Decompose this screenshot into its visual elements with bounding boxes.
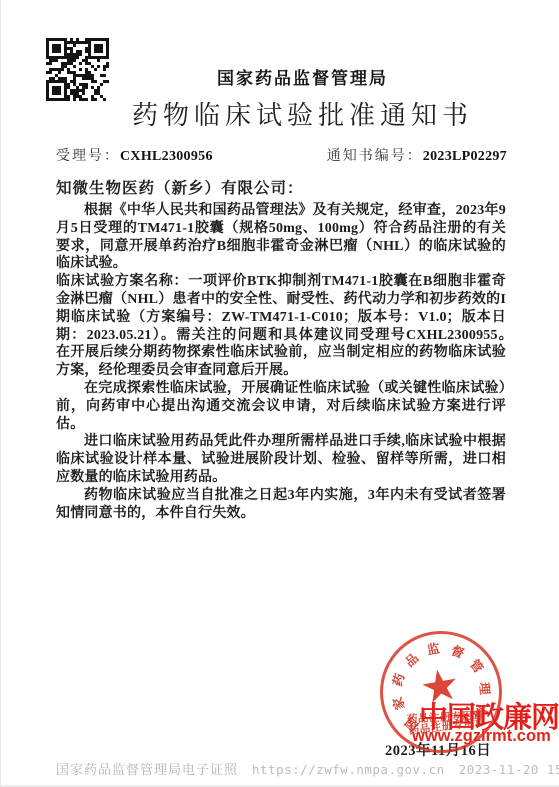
paragraph-validity: 药物临床试验应当自批准之日起3年内实施，3年内未有受试者签署知情同意书的，本件自… xyxy=(56,487,506,523)
document-sheet: 国家药品监督管理局 药物临床试验批准通知书 受理号：CXHL2300956 通知… xyxy=(0,0,559,787)
notice-number-label: 通知书编号： xyxy=(327,149,423,164)
paragraph-confirmatory-trial: 在完成探索性临床试验，开展确证性临床试验（或关键性临床试验）前，向药审中心提出沟… xyxy=(56,380,506,433)
paragraph-approval: 根据《中华人民共和国药品管理法》及有关规定，经审查，2023年9月5日受理的TM… xyxy=(56,202,506,273)
recipient-company: 知微生物医药（新乡）有限公司： xyxy=(56,176,506,198)
watermark-site-url: www.zgzlrmt.com xyxy=(412,727,551,746)
acceptance-number-value: CXHL2300956 xyxy=(120,149,213,164)
agency-name: 国家药品监督管理局 xyxy=(46,64,559,89)
reference-number-row: 受理号：CXHL2300956 通知书编号：2023LP02297 xyxy=(56,145,507,165)
footer-cert-name: 国家药品监督管理局电子证照 xyxy=(56,759,238,778)
document-title: 药物临床试验批准通知书 xyxy=(46,95,559,132)
footer-url: https://zwfw.nmpa.gov.cn xyxy=(252,762,445,777)
notice-number-value: 2023LP02297 xyxy=(423,149,507,164)
footer: 国家药品监督管理局电子证照 https://zwfw.nmpa.gov.cn 2… xyxy=(56,759,529,778)
notice-number: 通知书编号：2023LP02297 xyxy=(327,145,507,165)
footer-timestamp: 2023-11-20 15:24:40:040 xyxy=(459,762,559,777)
acceptance-number: 受理号：CXHL2300956 xyxy=(56,145,213,165)
paragraph-import: 进口临床试验用药品凭此件办理所需样品进口手续,临床试验中根据临床试验设计样本量、… xyxy=(56,433,506,486)
acceptance-number-label: 受理号： xyxy=(56,149,120,164)
notice-body: 根据《中华人民共和国药品管理法》及有关规定，经审查，2023年9月5日受理的TM… xyxy=(56,202,506,522)
paragraph-trial-protocol: 临床试验方案名称：一项评价BTK抑制剂TM471-1胶囊在B细胞非霍奇金淋巴瘤（… xyxy=(56,273,506,380)
